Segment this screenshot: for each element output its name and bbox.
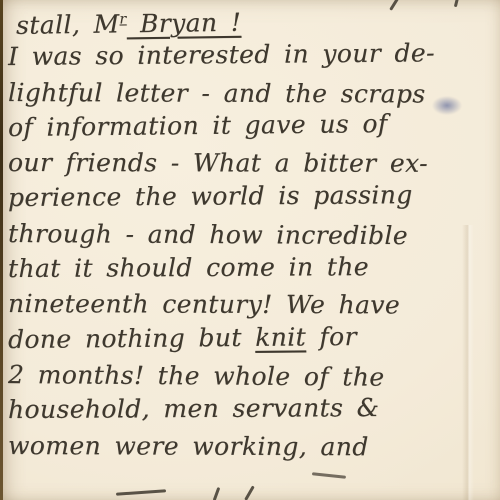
underlined-word-knit: knit <box>255 322 306 351</box>
blue-ink-smudge <box>432 96 462 115</box>
pen-flourish <box>312 472 346 478</box>
line-text: lightful letter - and the scraps <box>8 78 426 108</box>
cutoff-ink-stroke-bottom <box>116 489 166 495</box>
line-text: that it should come in the <box>8 252 369 283</box>
letter-page: stall, Mr Bryan ! I was so interested in… <box>0 0 500 500</box>
letter-line: I was so interested in your de- <box>8 35 500 75</box>
line-text: 2 months! the whole of the <box>8 360 385 392</box>
letter-line: done nothing but knit for <box>8 317 500 357</box>
letter-line: women were working, and <box>8 428 500 465</box>
underlined-word-bryan: Bryan ! <box>126 8 241 39</box>
line-text: women were working, and <box>8 431 369 461</box>
line-text: done nothing but <box>8 323 255 354</box>
cutoff-ink-stroke-bottom <box>213 487 220 500</box>
line-text: household, men servants & <box>8 393 379 424</box>
letter-line: stall, Mr Bryan ! <box>16 0 500 39</box>
letter-line: household, men servants & <box>8 390 500 428</box>
line-text: I was so interested in your de- <box>8 39 435 72</box>
cutoff-ink-stroke-bottom <box>244 485 254 500</box>
letter-line: of information it gave us of <box>8 105 500 145</box>
line-text: for <box>306 322 357 351</box>
letter-line: perience the world is passing <box>8 177 500 216</box>
scan-left-edge <box>0 0 3 500</box>
letter-line: our friends - What a bitter ex- <box>8 145 500 181</box>
line-text: through - and how incredible <box>8 219 408 250</box>
letter-body: stall, Mr Bryan ! I was so interested in… <box>8 4 500 463</box>
line-text: stall, M <box>16 9 120 39</box>
line-text: perience the world is passing <box>8 181 413 213</box>
line-text: nineteenth century! We have <box>8 289 400 319</box>
line-text: our friends - What a bitter ex- <box>8 148 428 178</box>
line-text: of information it gave us of <box>8 109 388 142</box>
letter-line: that it should come in the <box>8 249 500 287</box>
